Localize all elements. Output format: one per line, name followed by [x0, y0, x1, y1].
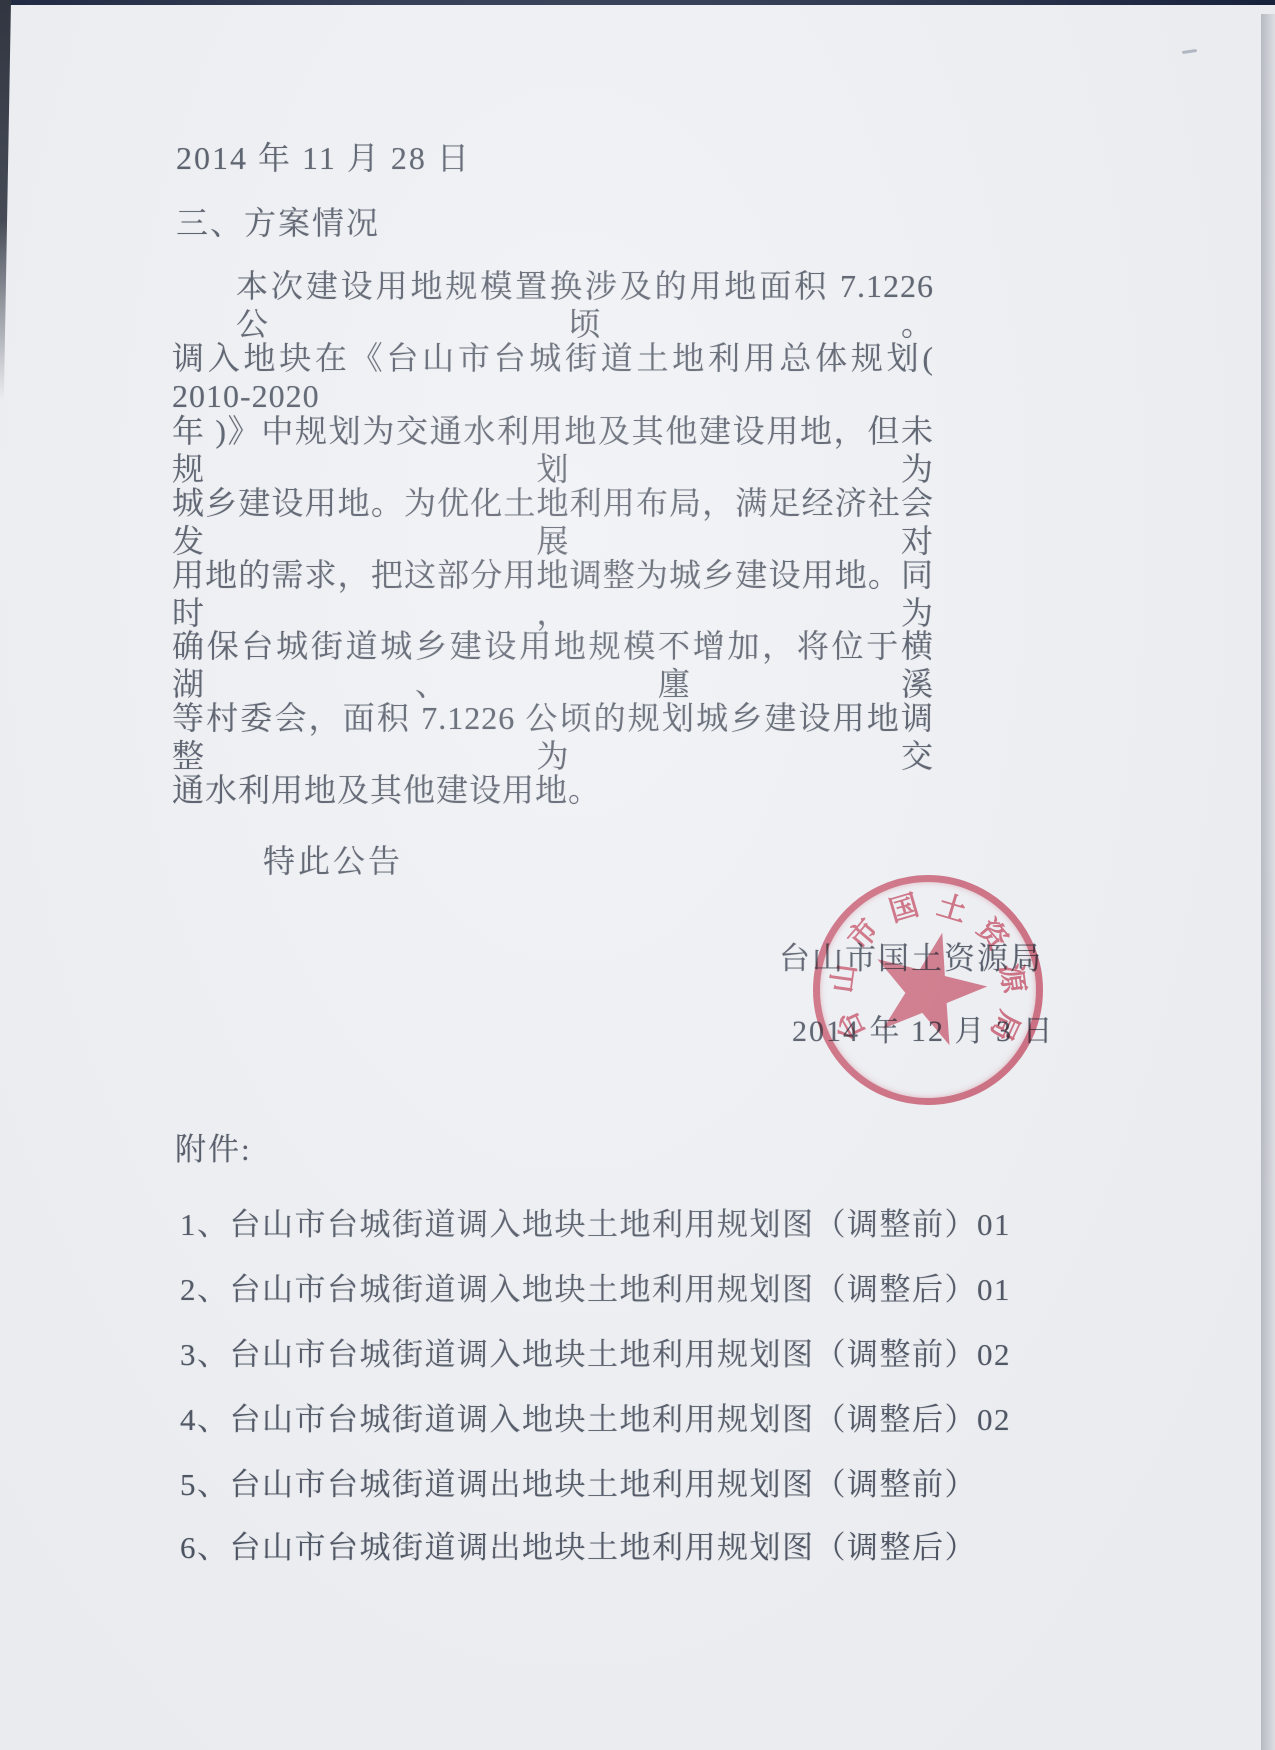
attachment-item: 3、台山市台城街道调入地块土地利用规划图（调整前）02: [180, 1337, 1011, 1374]
attachment-item: 4、台山市台城街道调入地块土地利用规划图（调整后）02: [180, 1402, 1011, 1439]
official-seal: 台 山 市 国 土 资 源 局: [813, 875, 1043, 1105]
paragraph-line: 本次建设用地规模置换涉及的用地面积 7.1226 公顷。: [236, 268, 934, 344]
paragraph-line: 通水利用地及其他建设用地。: [172, 772, 601, 810]
section-heading: 三、方案情况: [176, 205, 380, 243]
paragraph-line: 城乡建设用地。为优化土地利用布局，满足经济社会发展对: [172, 485, 934, 561]
paragraph-line: 确保台城街道城乡建设用地规模不增加，将位于横湖、廛溪: [172, 628, 934, 704]
attachments-label: 附件:: [175, 1132, 252, 1169]
paragraph-line: 等村委会，面积 7.1226 公顷的规划城乡建设用地调整为交: [172, 700, 934, 776]
paragraph-line: 用地的需求，把这部分用地调整为城乡建设用地。同时，为: [172, 557, 934, 633]
scan-artifact-dash: [1182, 49, 1197, 54]
attachment-item: 5、台山市台城街道调出地块土地利用规划图（调整前）: [180, 1467, 977, 1504]
document-date: 2014 年 11 月 28 日: [176, 140, 471, 178]
seal-char: 山: [820, 961, 865, 995]
closing-statement: 特此公告: [263, 843, 403, 881]
paragraph-line: 调入地块在《台山市台城街道土地利用总体规划( 2010-2020: [172, 340, 934, 416]
paragraph-line: 年 )》中规划为交通水利用地及其他建设用地，但未规划为: [172, 413, 934, 489]
scanner-top-edge: [0, 0, 1275, 5]
attachment-item: 6、台山市台城街道调出地块土地利用规划图（调整后）: [180, 1530, 977, 1567]
attachment-item: 1、台山市台城街道调入地块土地利用规划图（调整前）01: [180, 1207, 1011, 1244]
attachment-item: 2、台山市台城街道调入地块土地利用规划图（调整后）01: [180, 1272, 1011, 1309]
seal-char: 源: [992, 961, 1037, 995]
paper-right-edge: [1261, 14, 1275, 1750]
scanner-left-edge: [0, 0, 11, 400]
